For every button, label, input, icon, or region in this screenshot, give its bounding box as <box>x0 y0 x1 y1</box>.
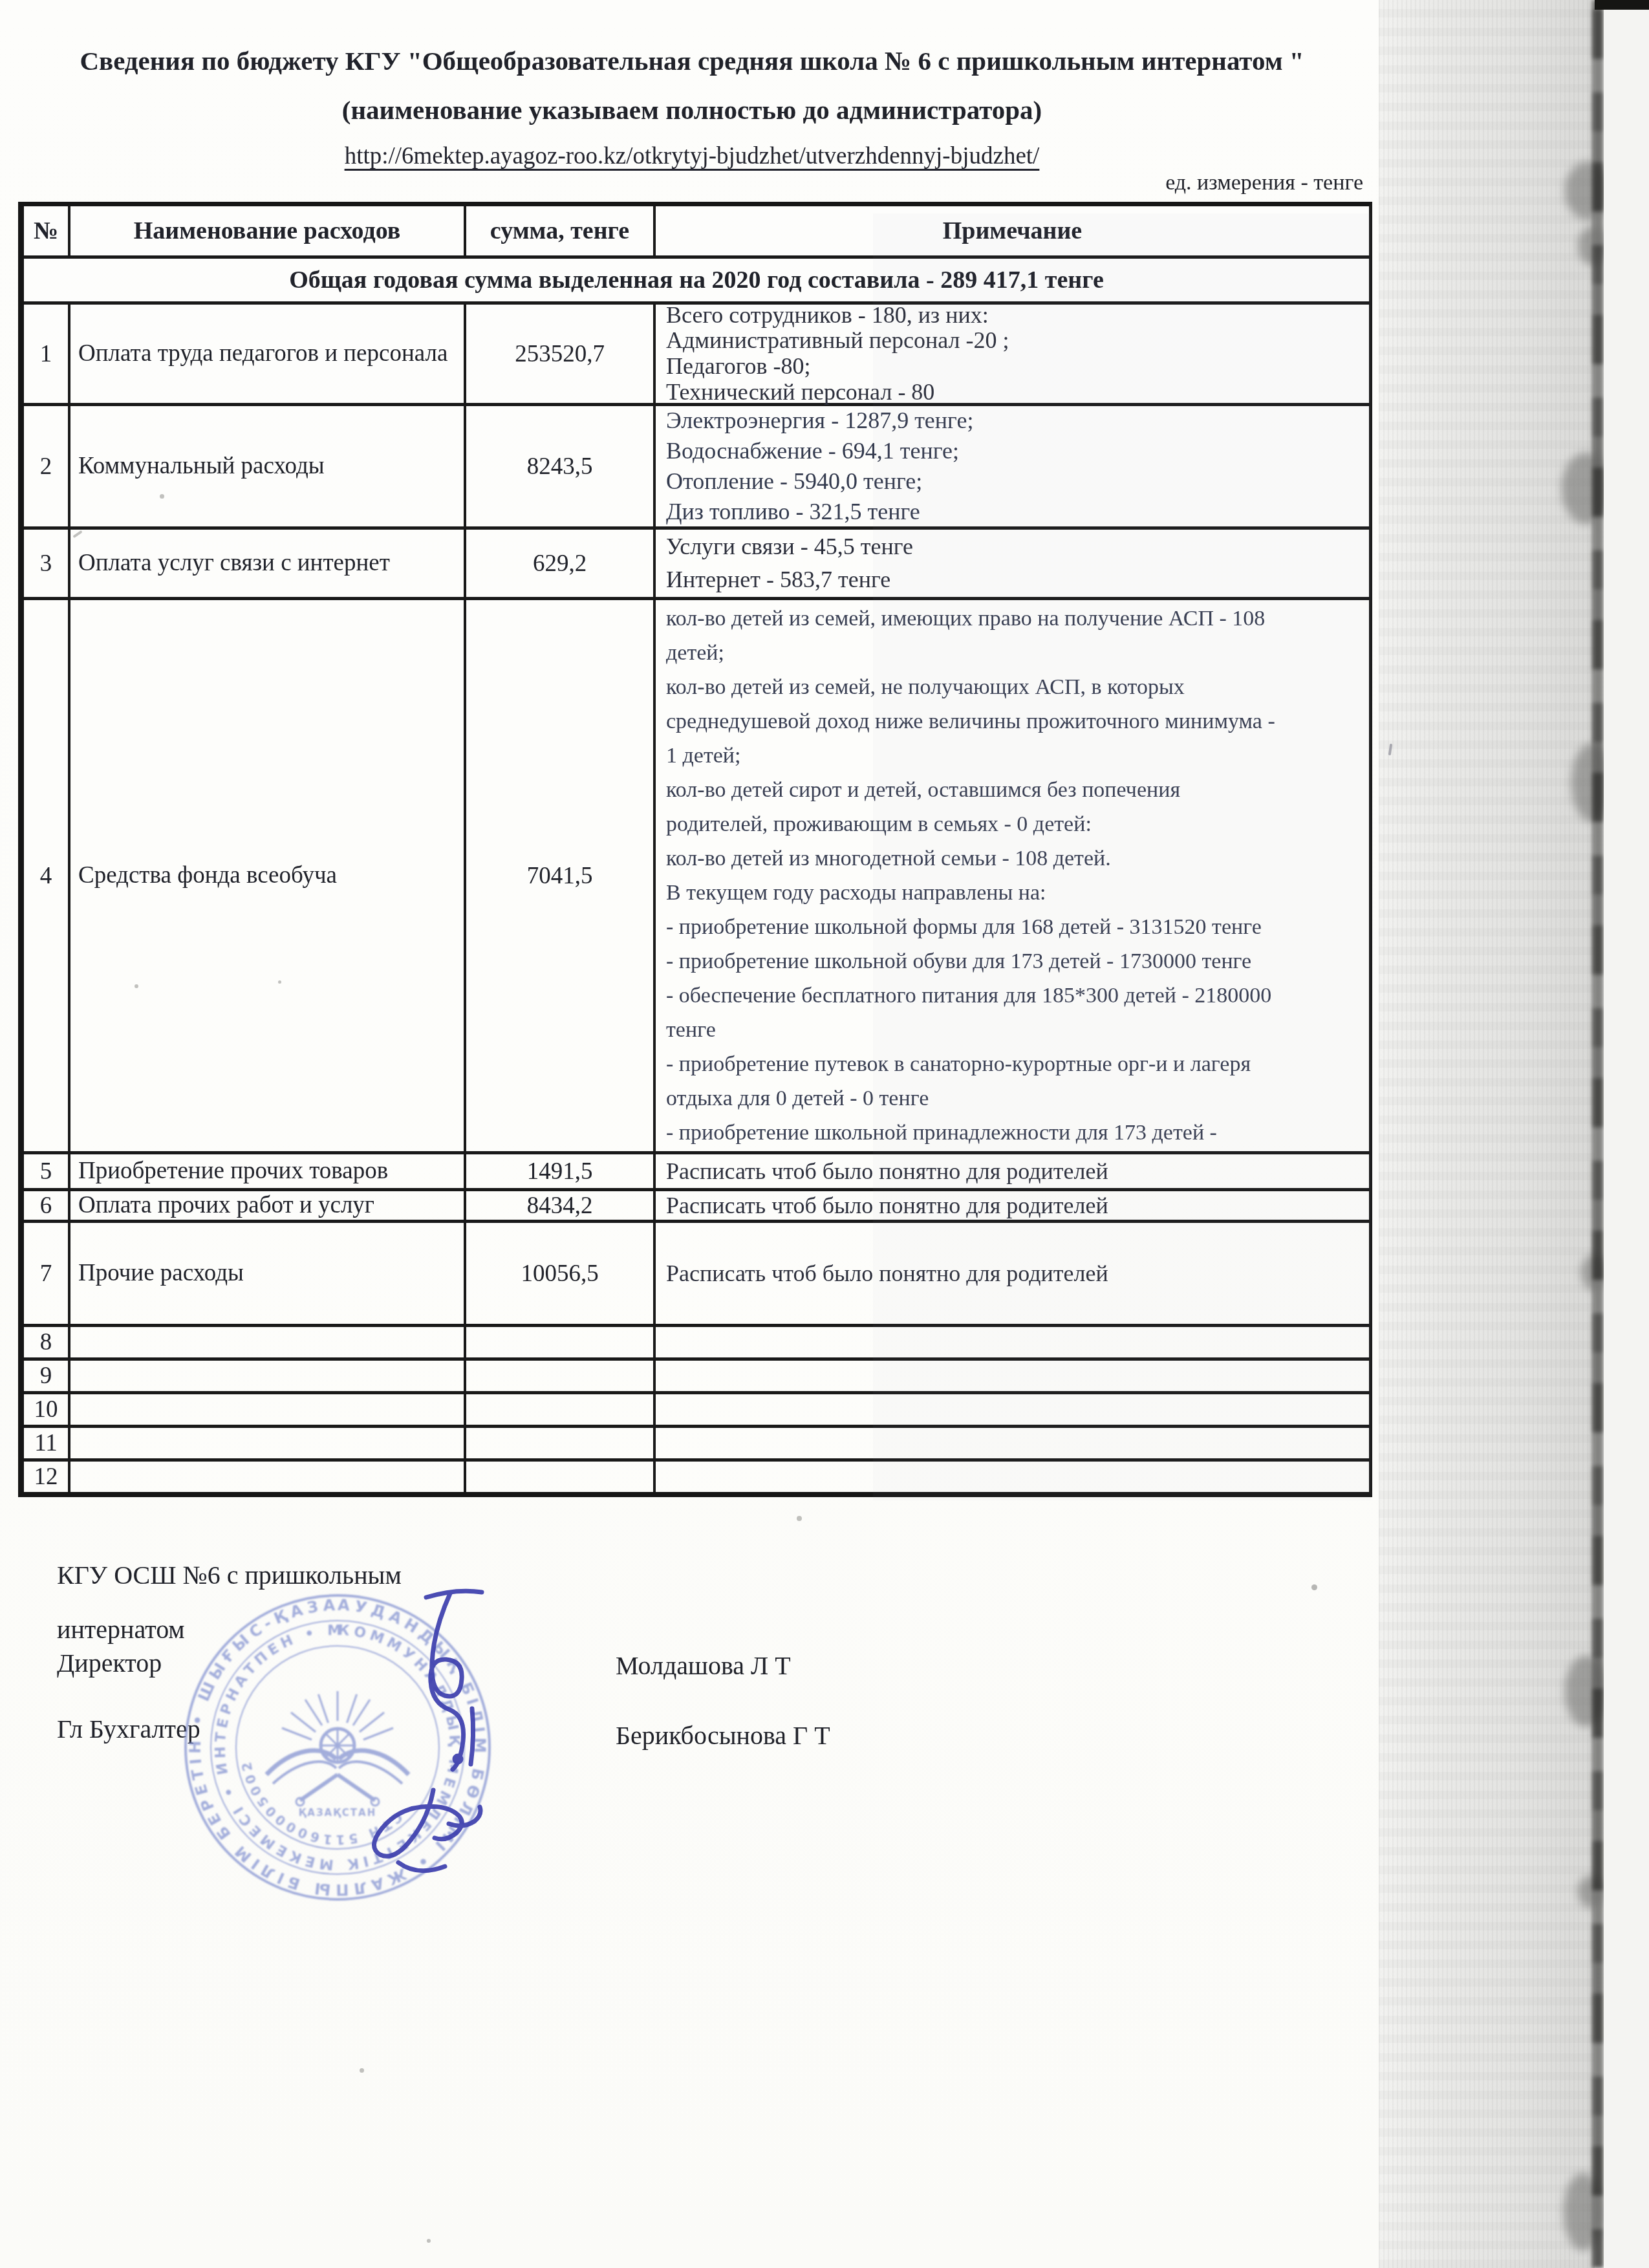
scan-speck <box>427 2239 431 2243</box>
scan-speck <box>797 1516 802 1521</box>
table-row: 6 Оплата прочих работ и услуг 8434,2 Рас… <box>24 1188 1369 1220</box>
document-title: Сведения по бюджету КГУ "Общеобразовател… <box>0 45 1384 76</box>
expense-name-cell: Оплата прочих работ и услуг <box>70 1191 466 1220</box>
row-number-cell: 9 <box>24 1361 70 1391</box>
expense-name-cell: Оплата труда педагогов и персонала <box>70 305 466 403</box>
row-number-cell: 2 <box>24 406 70 526</box>
accountant-name: Берикбосынова Г Т <box>616 1720 830 1751</box>
scan-edge-band <box>1379 0 1595 2268</box>
scan-speck <box>135 984 138 988</box>
note-text: Расписать чтоб было понятно для родителе… <box>666 1262 1108 1285</box>
note-cell: кол-во детей из семей, имеющих право на … <box>656 600 1369 1151</box>
row-number-cell: 5 <box>24 1154 70 1188</box>
header-number: № <box>24 206 70 255</box>
sum-cell <box>466 1394 656 1425</box>
sum-cell: 253520,7 <box>466 305 656 403</box>
note-cell: Электроэнергия - 1287,9 тенге; Водоснабж… <box>656 406 1369 526</box>
budget-url-link: http://6mektep.ayagoz-roo.kz/otkrytyj-bj… <box>0 142 1384 170</box>
table-row: 9 <box>24 1357 1369 1391</box>
note-cell <box>656 1394 1369 1425</box>
sum-cell: 10056,5 <box>466 1223 656 1324</box>
expense-name-cell: Средства фонда всеобуча <box>70 600 466 1151</box>
note-cell: Расписать чтоб было понятно для родителе… <box>656 1223 1369 1324</box>
note-text: Услуги связи - 45,5 тенге Интернет - 583… <box>666 530 913 596</box>
expense-name-cell <box>70 1361 466 1391</box>
row-number-cell: 7 <box>24 1223 70 1324</box>
expense-name-cell <box>70 1394 466 1425</box>
note-text: Расписать чтоб было понятно для родителе… <box>666 1194 1108 1217</box>
scan-corner-mark <box>1595 0 1649 10</box>
sum-cell <box>466 1361 656 1391</box>
sum-cell <box>466 1462 656 1492</box>
table-header-row: № Наименование расходов сумма, тенге При… <box>24 206 1369 255</box>
table-row: 3 Оплата услуг связи с интернет 629,2 Ус… <box>24 526 1369 597</box>
unit-of-measure-note: ед. измерения - тенге <box>1165 171 1363 195</box>
expense-name-cell <box>70 1462 466 1492</box>
row-number-cell: 4 <box>24 600 70 1151</box>
table-row: 12 <box>24 1458 1369 1492</box>
total-row-text: Общая годовая сумма выделенная на 2020 г… <box>24 259 1369 301</box>
scan-speck <box>360 2068 364 2073</box>
table-row: 1 Оплата труда педагогов и персонала 253… <box>24 301 1369 403</box>
note-text: Всего сотрудников - 180, из них: Админис… <box>666 303 1009 405</box>
note-cell <box>656 1462 1369 1492</box>
table-row: 5 Приобретение прочих товаров 1491,5 Рас… <box>24 1151 1369 1188</box>
table-row: 7 Прочие расходы 10056,5 Расписать чтоб … <box>24 1220 1369 1324</box>
handwritten-signature <box>336 1570 556 1932</box>
note-text: Расписать чтоб было понятно для родителе… <box>666 1160 1108 1183</box>
table-row: 4 Средства фонда всеобуча 7041,5 кол-во … <box>24 597 1369 1151</box>
row-number-cell: 10 <box>24 1394 70 1425</box>
table-row: 11 <box>24 1425 1369 1458</box>
scan-speck <box>1311 1584 1317 1590</box>
expense-name-cell: Оплата услуг связи с интернет <box>70 530 466 597</box>
sum-cell <box>466 1327 656 1357</box>
row-number-cell: 1 <box>24 305 70 403</box>
note-cell: Всего сотрудников - 180, из них: Админис… <box>656 305 1369 403</box>
total-row: Общая годовая сумма выделенная на 2020 г… <box>24 255 1369 301</box>
row-number-cell: 12 <box>24 1462 70 1492</box>
note-text: кол-во детей из семей, имеющих право на … <box>666 601 1280 1150</box>
table-row: 8 <box>24 1324 1369 1357</box>
header-expense-name: Наименование расходов <box>70 206 466 255</box>
sum-cell: 7041,5 <box>466 600 656 1151</box>
sum-cell: 1491,5 <box>466 1154 656 1188</box>
note-cell <box>656 1361 1369 1391</box>
row-number-cell: 11 <box>24 1428 70 1458</box>
row-number-cell: 3 <box>24 530 70 597</box>
director-name: Молдашова Л Т <box>616 1650 791 1681</box>
expense-name-cell <box>70 1428 466 1458</box>
note-cell <box>656 1428 1369 1458</box>
row-number-cell: 8 <box>24 1327 70 1357</box>
document-subtitle: (наименование указываем полностью до адм… <box>0 94 1384 125</box>
sum-cell: 629,2 <box>466 530 656 597</box>
expense-name-cell <box>70 1327 466 1357</box>
sum-cell <box>466 1428 656 1458</box>
expense-name-cell: Приобретение прочих товаров <box>70 1154 466 1188</box>
scanner-lid-margin <box>1604 0 1649 2268</box>
scan-speck <box>278 980 281 984</box>
note-cell <box>656 1327 1369 1357</box>
organization-name-line2: интернатом <box>57 1614 185 1645</box>
scan-speck <box>160 494 164 499</box>
row-number-cell: 6 <box>24 1191 70 1220</box>
expense-name-cell: Прочие расходы <box>70 1223 466 1324</box>
note-text: Электроэнергия - 1287,9 тенге; Водоснабж… <box>666 405 973 526</box>
note-cell: Расписать чтоб было понятно для родителе… <box>656 1154 1369 1188</box>
sum-cell: 8243,5 <box>466 406 656 526</box>
table-row: 10 <box>24 1391 1369 1425</box>
note-cell: Расписать чтоб было понятно для родителе… <box>656 1191 1369 1220</box>
header-note: Примечание <box>656 206 1369 255</box>
table-row: 2 Коммунальный расходы 8243,5 Электроэне… <box>24 403 1369 526</box>
director-label: Директор <box>57 1648 162 1678</box>
budget-table: № Наименование расходов сумма, тенге При… <box>18 202 1372 1497</box>
expense-name-cell: Коммунальный расходы <box>70 406 466 526</box>
sum-cell: 8434,2 <box>466 1191 656 1220</box>
header-sum: сумма, тенге <box>466 206 656 255</box>
scanned-document-page: Сведения по бюджету КГУ "Общеобразовател… <box>0 0 1649 2268</box>
scan-page-edge <box>1592 0 1604 2268</box>
note-cell: Услуги связи - 45,5 тенге Интернет - 583… <box>656 530 1369 597</box>
